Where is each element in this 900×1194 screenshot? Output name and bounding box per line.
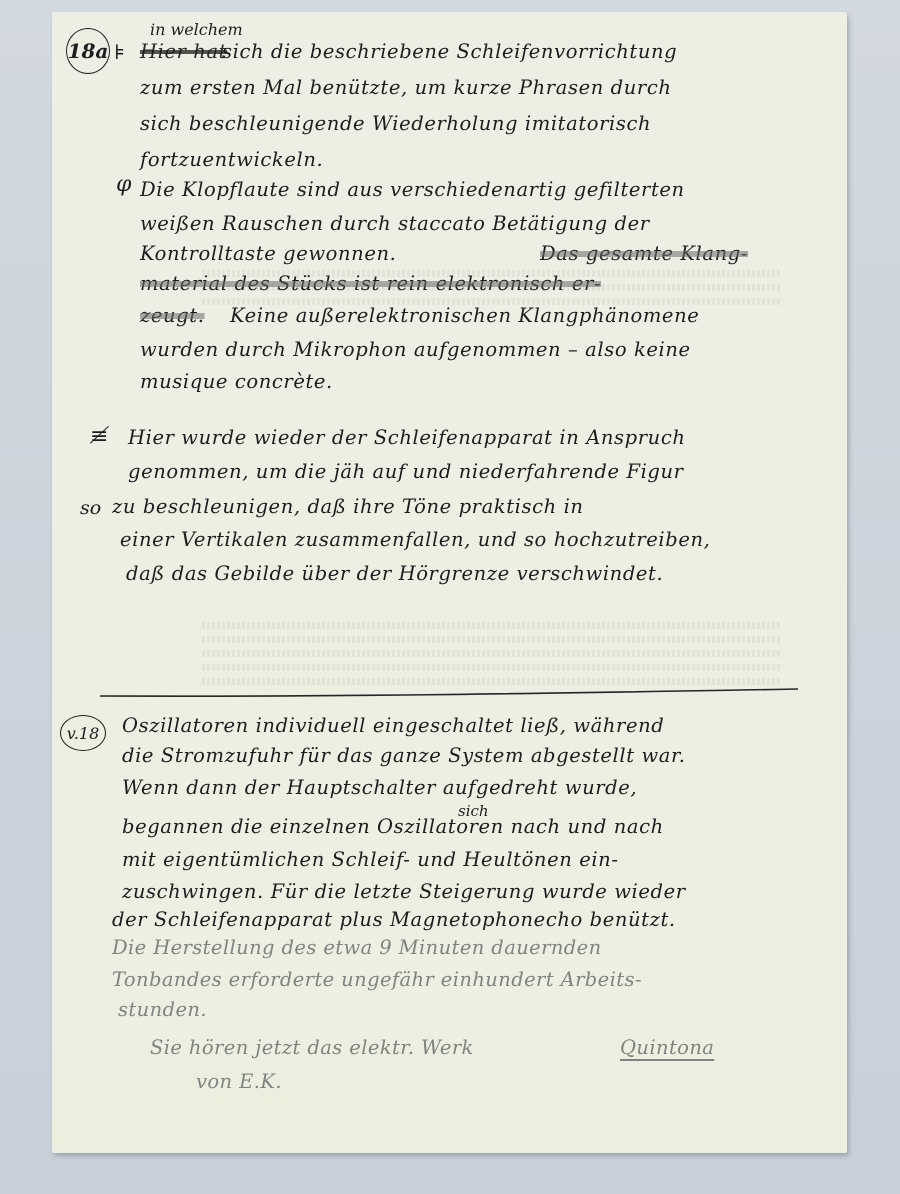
inserted-words: in welchem [150,20,243,39]
page-number-badge: 18a [66,28,110,74]
section-label: v.18 [67,724,100,743]
margin-note: so [80,497,101,519]
pencil-line: Tonbandes erforderte ungefähr einhundert… [112,970,642,990]
text-line: mit eigentümlichen Schleif- und Heultöne… [122,850,619,870]
text-line: Wenn dann der Hauptschalter aufgedreht w… [122,778,637,798]
text-line: Oszillatoren individuell eingeschaltet l… [122,716,664,736]
annotation-marker: ≢ [90,424,108,449]
pencil-line: von E.K. [196,1072,282,1092]
text-line: Hier wurde wieder der Schleifenapparat i… [128,428,686,448]
pencil-line: Sie hören jetzt das elektr. Werk [150,1038,474,1058]
text-line: genommen, um die jäh auf und niederfahre… [128,462,684,482]
pencil-line: stunden. [118,1000,207,1020]
text-line: einer Vertikalen zusammenfallen, und so … [120,530,710,550]
text-line: wurden durch Mikrophon aufgenommen – als… [140,340,691,360]
text-line: fortzuentwickeln. [140,150,323,170]
struck-text: Das gesamte Klang- [540,244,748,264]
text-line: musique concrète. [140,372,333,392]
text-line: sich beschleunigende Wiederholung imitat… [140,114,651,134]
work-title: Quintona [620,1038,714,1058]
show-through-text [202,622,782,629]
section-divider [100,688,798,702]
text-line: zu beschleunigen, daß ihre Töne praktisc… [112,497,584,517]
show-through-text [202,664,782,671]
show-through-text [202,678,782,685]
section-label-badge: v.18 [60,715,106,751]
annotation-marker: ⊧ [114,40,125,64]
text-line: weißen Rauschen durch staccato Betätigun… [140,214,650,234]
text-line: der Schleifenapparat plus Magnetophonech… [112,910,676,930]
text-line: sich die beschriebene Schleifenvorrichtu… [222,42,677,62]
text-line: zum ersten Mal benützte, um kurze Phrase… [140,78,672,98]
text-line: Die Klopflaute sind aus verschiedenartig… [140,180,685,200]
struck-text: zeugt. [140,306,205,326]
annotation-marker: φ [116,172,131,197]
text-line: Keine außerelektronischen Klangphänomene [230,306,699,326]
text-line: Kontrolltaste gewonnen. [140,244,396,264]
show-through-text [202,636,782,643]
text-line: daß das Gebilde über der Hörgrenze versc… [126,564,663,584]
pencil-line: Die Herstellung des etwa 9 Minuten dauer… [112,938,602,958]
struck-text: Hier hat [140,42,227,62]
text-line: begannen die einzelnen Oszillatoren nach… [122,817,664,837]
struck-text: material des Stücks ist rein elektronisc… [140,274,601,294]
show-through-text [202,650,782,657]
page-number: 18a [68,39,109,63]
text-line: zuschwingen. Für die letzte Steigerung w… [122,882,686,902]
text-line: die Stromzufuhr für das ganze System abg… [122,746,686,766]
